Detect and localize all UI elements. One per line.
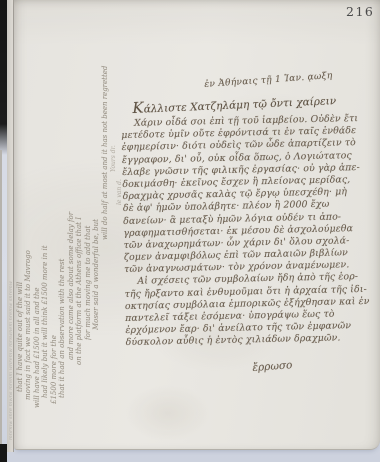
margin-note-line: had likely but it will think £1500 more …: [41, 32, 50, 398]
book-spine-edge-bottom: [0, 444, 7, 462]
margin-note-line: on the platform at the Athens office tha…: [75, 57, 84, 365]
scanned-letter-page: mnrmw snre mwns mrenm wnremw mrswnem nre…: [0, 0, 380, 462]
book-spine-edge-middle: [0, 150, 2, 446]
margin-note-line: Moser said a wonderful be, but: [92, 32, 101, 330]
adjacent-page-sliver: mnrmw snre mwns mrenm wnremw mrswnem nre…: [7, 0, 14, 452]
letter-body: Χάριν οἶδά σοι ἐπὶ τῇ τοῦ ἰαμβείου. Οὐδὲ…: [121, 113, 370, 350]
margin-note-line: moving in fact we must said it to Mavrog…: [24, 48, 33, 400]
margin-note-line: that it had an observation with the rest: [58, 38, 67, 398]
page-number-label: 216: [346, 4, 374, 19]
book-spine-edge-top: [0, 0, 7, 155]
